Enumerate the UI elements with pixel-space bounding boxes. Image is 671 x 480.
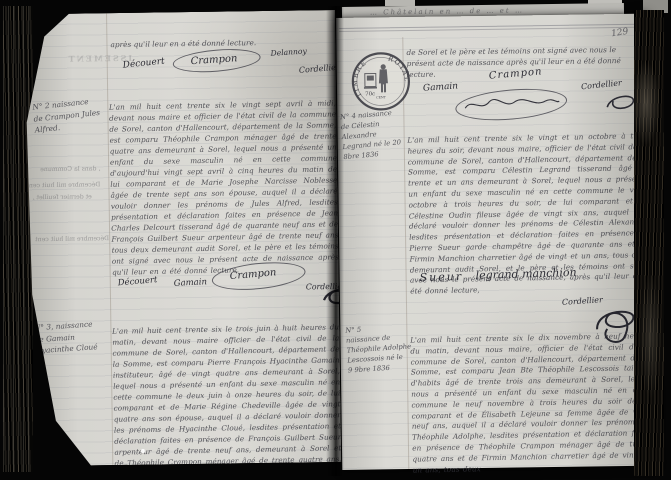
- bleedthrough-print-line: Décembre mil huit cent: [35, 235, 109, 243]
- signature-decouert: Découert: [117, 275, 157, 288]
- bleedthrough-print-line: et dernier feuillet ,: [33, 193, 92, 201]
- bleedthrough-print-line: , dans la Commune: [40, 165, 100, 173]
- act2-body: L'an mil huit cent trente six le vingt s…: [109, 97, 339, 277]
- timbre-royal-stamp: TIMBRE ROYAL 70c CENT: [348, 49, 413, 114]
- right-page: 129 TIMBRE ROYAL 70c CENT: [336, 14, 654, 470]
- book-page-stack-edge: [3, 6, 33, 472]
- book-page-stack-edge: [634, 10, 664, 476]
- signature-gamain: Gamain: [174, 277, 208, 289]
- margin-note-act3: N° 3, naissance de Gamain Hyacinthe Clou…: [33, 317, 115, 357]
- dust-speck: [141, 449, 145, 453]
- bleedthrough-print-line: Décembre mil huit cent: [26, 181, 100, 189]
- left-page: ISSEMENT , dans la Commune Décembre mil …: [22, 10, 341, 466]
- book-fold-shadow: [326, 6, 344, 476]
- stamp-value-text: 70c: [365, 91, 375, 97]
- signature-delannoy: Delannoy: [270, 46, 307, 57]
- act5-body: L'an mil huit cent trente six le dix nov…: [410, 331, 653, 476]
- signature-gamain: Gamain: [423, 81, 459, 93]
- margin-note-act4: N° 4 naissance de Célestin Alexandre Leg…: [340, 107, 408, 162]
- page-number: 129: [610, 27, 629, 40]
- margin-note-act2: N° 2 naissance de Crampon Jules Alfred.: [32, 94, 113, 136]
- stamp-value-sub-text: CENT: [376, 95, 387, 99]
- signature-sueur: Sueur: [419, 270, 463, 284]
- scanned-register-spread: … Châtelain en … de … et … ISSEMENT , da…: [0, 0, 671, 480]
- signature-scribble-icon: [461, 95, 561, 114]
- margin-note-act5: N° 5 naissance de Théophile Adolphe Lesc…: [345, 321, 414, 375]
- act3-body: L'an mil huit cent trente six le trois j…: [112, 321, 342, 479]
- signature-cordellier: Cordellier: [581, 78, 623, 91]
